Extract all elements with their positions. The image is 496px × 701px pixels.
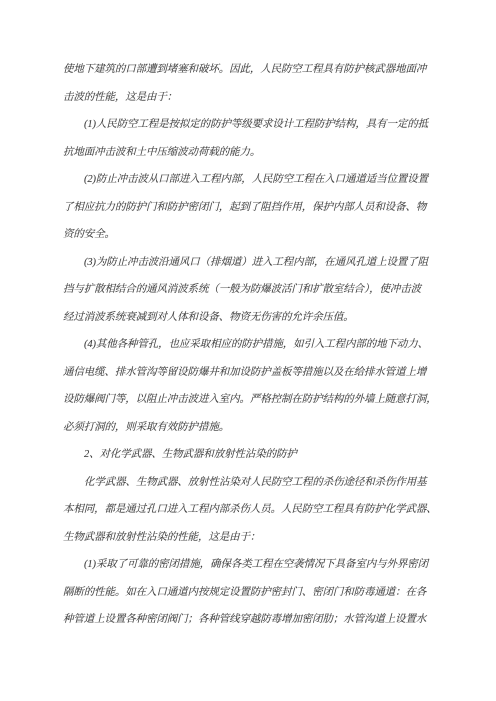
text-line: 了相应抗力的防护门和防护密闭门，起到了阻挡作用，保护内部人员和设备、物 xyxy=(63,194,439,222)
text-line: 必须打洞的，则采取有效防护措施。 xyxy=(63,414,439,442)
text-line: 经过消波系统衰减到对人体和设备、物资无伤害的允许余压值。 xyxy=(63,304,439,332)
document-text-block: 使地下建筑的口部遭到堵塞和破坏。因此，人民防空工程具有防护核武器地面冲击波的性能… xyxy=(63,56,439,634)
text-line: 通信电缆、排水管沟等留设防爆井和加设防护盖板等措施以及在给排水管道上增 xyxy=(63,359,439,387)
text-line: 2、对化学武器、生物武器和放射性沾染的防护 xyxy=(63,441,439,469)
text-line: (2)防止冲击波从口部进入工程内部，人民防空工程在入口通道适当位置设置 xyxy=(63,166,439,194)
text-line: 种管道上设置各种密闭阀门；各种管线穿越防毒增加密闭肋；水管沟道上设置水 xyxy=(63,606,439,634)
text-line: 挡与扩散相结合的通风消波系统（一般为防爆波活门和扩散室结合），使冲击波 xyxy=(63,276,439,304)
text-line: 击波的性能，这是由于： xyxy=(63,84,439,112)
text-line: (1)人民防空工程是按拟定的防护等级要求设计工程防护结构，具有一定的抵 xyxy=(63,111,439,139)
text-line: (3)为防止冲击波沿通风口（排烟道）进入工程内部，在通风孔道上设置了阻 xyxy=(63,249,439,277)
text-line: 使地下建筑的口部遭到堵塞和破坏。因此，人民防空工程具有防护核武器地面冲 xyxy=(63,56,439,84)
text-line: 抗地面冲击波和土中压缩波动荷载的能力。 xyxy=(63,139,439,167)
text-line: (1)采取了可靠的密闭措施，确保各类工程在空袭情况下具备室内与外界密闭 xyxy=(63,551,439,579)
text-line: 生物武器和放射性沾染的性能，这是由于： xyxy=(63,524,439,552)
text-line: (4)其他各种管孔，也应采取相应的防护措施，如引入工程内部的地下动力、 xyxy=(63,331,439,359)
document-page: 使地下建筑的口部遭到堵塞和破坏。因此，人民防空工程具有防护核武器地面冲击波的性能… xyxy=(0,0,496,701)
text-line: 隔断的性能。如在入口通道内按规定设置防护密封门、密闭门和防毒通道：在各 xyxy=(63,579,439,607)
text-line: 设防爆阀门等，以阻止冲击波进入室内。严格控制在防护结构的外墙上随意打洞， xyxy=(63,386,439,414)
text-line: 资的安全。 xyxy=(63,221,439,249)
text-line: 化学武器、生物武器、放射性沾染对人民防空工程的杀伤途径和杀伤作用基 xyxy=(63,469,439,497)
text-line: 本相同，都是通过孔口进入工程内部杀伤人员。人民防空工程具有防护化学武器、 xyxy=(63,496,439,524)
